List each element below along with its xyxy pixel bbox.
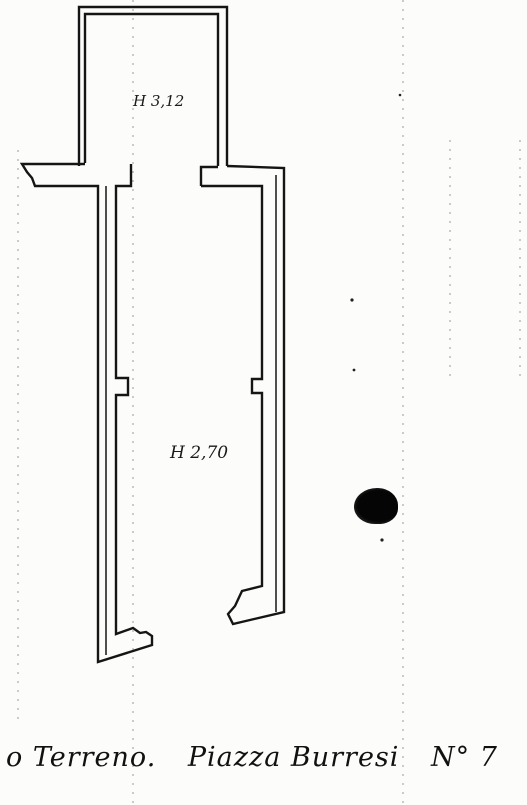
caption-floor: o Terreno. <box>6 742 156 773</box>
speck <box>353 369 356 372</box>
ink-blot <box>354 488 398 524</box>
scanned-plan-sheet: H 3,12 H 2,70 o Terreno. Piazza Burresi … <box>0 0 527 805</box>
speck <box>399 94 402 97</box>
speck <box>350 298 353 301</box>
caption-street: Piazza Burresi <box>188 742 400 773</box>
floor-plan-drawing <box>0 0 527 805</box>
caption-number: N° 7 <box>431 742 498 773</box>
lower-room-height-label: H 2,70 <box>170 443 228 463</box>
left-wall-outer <box>22 164 152 662</box>
upper-room-height-label: H 3,12 <box>133 92 184 110</box>
speck <box>380 538 383 541</box>
right-wall-outer <box>201 166 284 624</box>
upper-room-inner-wall <box>85 14 218 166</box>
plan-caption: o Terreno. Piazza Burresi N° 7 <box>6 742 520 773</box>
upper-room-outer-wall <box>79 7 227 166</box>
